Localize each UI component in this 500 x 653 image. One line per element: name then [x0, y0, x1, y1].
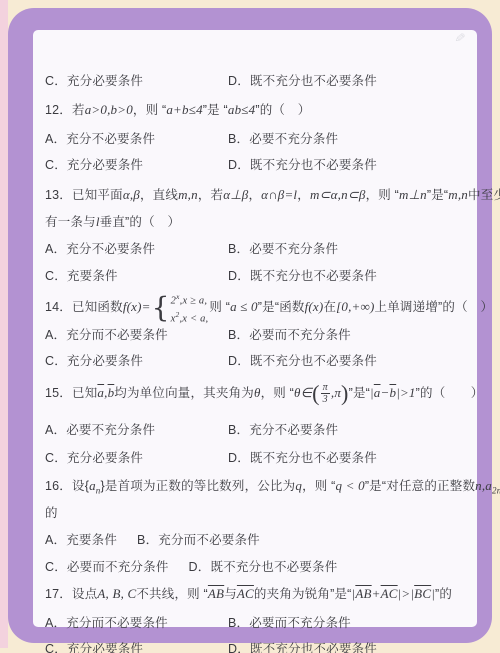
text-segment: 2n−1	[492, 486, 500, 496]
option-row: C．充分必要条件D．既不充分也不必要条件	[45, 449, 473, 468]
option-row: A．充分不必要条件B．必要不充分条件	[45, 240, 473, 259]
text-segment: θ	[254, 385, 261, 400]
option-item: B．充分不必要条件	[228, 423, 338, 437]
text-segment: 有一条与	[45, 215, 96, 229]
text-segment: ”的（ ）	[416, 386, 484, 400]
text-segment: ”的（ ）	[255, 103, 310, 117]
edit-pencil-icon[interactable]: ✎	[451, 31, 466, 46]
vector-symbol: a	[374, 385, 381, 400]
text-segment: 14．已知函数	[45, 300, 123, 314]
option-item: C．充分必要条件	[45, 72, 228, 91]
text-segment: 与	[224, 587, 237, 601]
screenshot-root: { "page": { "outer_bg": "#f7ebd4", "left…	[0, 0, 500, 653]
text-segment: ,x ≥ a,	[180, 296, 208, 307]
text-segment: ”是“	[349, 386, 370, 400]
text-segment: 15．已知	[45, 386, 97, 400]
option-item: D．既不充分也不必要条件	[228, 269, 377, 283]
text-segment: 16．设{	[45, 479, 89, 493]
text-segment: 在	[323, 300, 336, 314]
option-item: B．必要而不充分条件	[228, 616, 351, 630]
text-segment: m,n	[178, 187, 198, 202]
question-line: 16．设{an}是首项为正数的等比数列，公比为q，则 “q < 0”是“对任意的…	[45, 476, 473, 501]
question-line: 17．设点A, B, C不共线，则 “AB与AC的夹角为锐角”是“|AB+AC|…	[45, 584, 473, 604]
text-segment: A, B, C	[97, 586, 136, 601]
text-segment: ”是“	[427, 188, 448, 202]
option-item: C．充要条件	[45, 267, 228, 286]
text-segment: π	[321, 382, 330, 394]
option-row: A．充分而不必要条件B．必要而不充分条件	[45, 326, 473, 345]
text-segment: }是首项为正数的等比数列，公比为	[101, 479, 296, 493]
option-row: A．充要条件B．充分而不必要条件	[45, 531, 473, 550]
option-item: D．既不充分也不必要条件	[228, 158, 377, 172]
option-item: A．充分不必要条件	[45, 130, 228, 149]
option-item: B．必要而不充分条件	[228, 328, 351, 342]
option-item: C．充分必要条件	[45, 352, 228, 371]
text-segment: ”是 “	[203, 103, 228, 117]
math-fraction: π3	[321, 382, 330, 405]
option-item: B．必要不充分条件	[228, 242, 338, 256]
question-line: 12．若a>0,b>0，则 “a+b≤4”是 “ab≤4”的（ ）	[45, 100, 473, 120]
text-segment: α,β	[123, 187, 140, 202]
vector-symbol: AB	[355, 586, 371, 601]
text-segment: n,a	[475, 478, 492, 493]
question-line: 有一条与l垂直”的（ ）	[45, 212, 473, 232]
option-row: C．充要条件D．既不充分也不必要条件	[45, 267, 473, 286]
text-segment: ，则 “	[133, 103, 166, 117]
text-segment: 的夹角为锐角”是“	[254, 587, 352, 601]
option-row: C．充分必要条件D．既不充分也不必要条件	[45, 156, 473, 175]
text-segment: ，则 “	[366, 188, 399, 202]
text-segment: a+b≤4	[166, 102, 202, 117]
text-segment: 上单调递增”的（ ）	[375, 300, 494, 314]
text-segment: q < 0	[336, 478, 365, 493]
text-segment: θ∈	[294, 385, 312, 400]
option-row: A．充分不必要条件B．必要不充分条件	[45, 130, 473, 149]
text-segment: 2x,x ≥ a,x2,x < a,	[171, 290, 209, 325]
text-segment: ,x < a,	[179, 313, 208, 324]
piecewise-function: {2x,x ≥ a,x2,x < a,	[152, 290, 209, 325]
text-segment: 的	[45, 506, 58, 520]
exam-paper: C．充分必要条件D．既不充分也不必要条件12．若a>0,b>0，则 “a+b≤4…	[33, 30, 477, 627]
text-segment: ，则 “	[302, 479, 335, 493]
text-segment: ,π	[331, 385, 341, 400]
vector-symbol: AC	[381, 586, 398, 601]
option-item: A．充分而不必要条件	[45, 326, 228, 345]
vector-symbol: AC	[237, 586, 254, 601]
text-segment: 2x,x ≥ a,	[171, 290, 209, 308]
option-row: C．充分必要条件D．既不充分也不必要条件	[45, 352, 473, 371]
text-segment: (	[312, 381, 320, 406]
text-segment: ”是“函数	[258, 300, 305, 314]
option-item: C．充分必要条件	[45, 640, 228, 653]
question-line: 的	[45, 504, 473, 523]
text-segment: f(x)	[305, 299, 324, 314]
text-segment: m⊥n	[399, 187, 427, 202]
text-segment: ，则 “	[261, 386, 294, 400]
text-segment: 3	[323, 394, 328, 405]
text-segment: ，若	[198, 188, 223, 202]
option-item: C．充分必要条件	[45, 156, 228, 175]
option-item: D．既不充分也不必要条件	[228, 74, 377, 88]
text-segment: f(x)=	[123, 299, 151, 314]
text-segment: 均为单位向量，其夹角为	[114, 386, 254, 400]
text-segment: |>|	[398, 586, 415, 601]
text-segment: ”的	[435, 587, 452, 601]
text-segment: +	[372, 586, 381, 601]
option-item: D．既不充分也不必要条件	[228, 642, 377, 653]
option-item: C．必要而不充分条件	[45, 560, 169, 574]
option-item: A．充要条件	[45, 533, 117, 547]
page-left-strip	[0, 0, 8, 648]
text-segment: 中至少	[468, 188, 500, 202]
text-segment: 12．若	[45, 103, 85, 117]
question-line: 14．已知函数f(x)={2x,x ≥ a,x2,x < a,则 “a ≤ 0”…	[45, 290, 473, 325]
option-item: D．既不充分也不必要条件	[189, 560, 338, 574]
text-segment: )	[341, 381, 349, 406]
brace-glyph: {	[152, 294, 170, 322]
text-segment: a>0,b>0	[85, 102, 133, 117]
option-row: A．充分而不必要条件B．必要而不充分条件	[45, 614, 473, 633]
option-row: C．充分必要条件D．既不充分也不必要条件	[45, 640, 473, 653]
text-segment: 13．已知平面	[45, 188, 123, 202]
vector-symbol: BC	[414, 586, 431, 601]
text-segment: [0,+∞)	[336, 299, 374, 314]
text-segment: 17．设点	[45, 587, 97, 601]
text-segment: ，直线	[140, 188, 178, 202]
text-segment: α∩β=l	[261, 187, 297, 202]
option-item: C．充分必要条件	[45, 449, 228, 468]
text-segment: 垂直”的（ ）	[100, 215, 181, 229]
text-segment: ab≤4	[228, 102, 255, 117]
option-item: B．充分而不必要条件	[137, 533, 260, 547]
question-line: 15．已知a,b均为单位向量，其夹角为θ，则 “θ∈(π3,π)”是“|a−b|…	[45, 382, 473, 405]
option-row: A．必要不充分条件B．充分不必要条件	[45, 421, 473, 440]
option-row: C．必要而不充分条件D．既不充分也不必要条件	[45, 558, 473, 577]
text-segment: 不共线，则 “	[136, 587, 208, 601]
text-segment: a ≤ 0	[230, 299, 258, 314]
option-row: C．充分必要条件D．既不充分也不必要条件	[45, 72, 473, 91]
option-item: A．必要不充分条件	[45, 421, 228, 440]
option-item: A．充分而不必要条件	[45, 614, 228, 633]
vector-symbol: AB	[208, 586, 224, 601]
text-segment: ”是“对任意的正整数	[365, 479, 475, 493]
option-item: D．既不充分也不必要条件	[228, 354, 377, 368]
text-segment: a	[89, 478, 96, 493]
text-segment: 则 “	[209, 300, 230, 314]
option-item: B．必要不充分条件	[228, 132, 338, 146]
option-item: D．既不充分也不必要条件	[228, 451, 377, 465]
text-segment: ，	[248, 188, 261, 202]
text-segment: ，	[297, 188, 310, 202]
text-segment: m⊂α,n⊂β	[310, 187, 366, 202]
option-item: A．充分不必要条件	[45, 240, 228, 259]
question-line: 13．已知平面α,β，直线m,n，若α⊥β，α∩β=l，m⊂α,n⊂β，则 “m…	[45, 185, 473, 205]
text-segment: α⊥β	[223, 187, 248, 202]
text-segment: m,n	[448, 187, 468, 202]
text-segment: x2,x < a,	[171, 308, 209, 326]
text-segment: |>1	[396, 385, 415, 400]
